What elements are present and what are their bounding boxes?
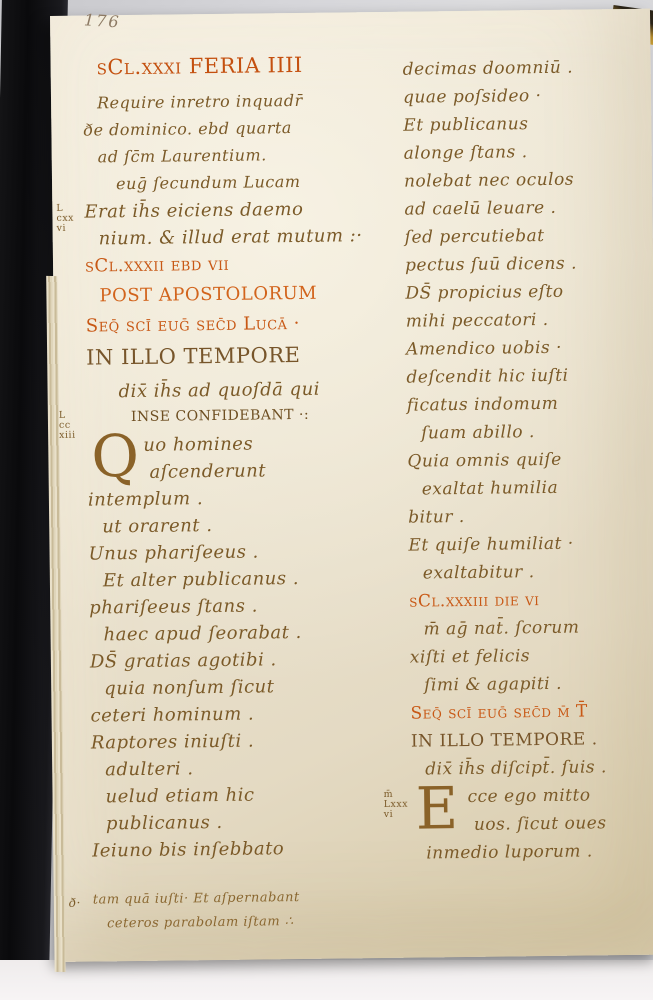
manuscript-line: decimas doomniū . bbox=[403, 59, 647, 90]
manuscript-line: quae poſsideo · bbox=[403, 87, 647, 118]
line-text: ſimi & agapiti . bbox=[424, 674, 562, 696]
manuscript-line: m̄ aḡ nat̄. ſcorum bbox=[409, 619, 653, 650]
rubric-line: Seq̄ ſcī euḡ ſec̄d m̄ T̄ bbox=[410, 703, 653, 734]
line-text: ceteri hominum . bbox=[90, 704, 254, 727]
manuscript-line: DS̄ propicius eſto bbox=[405, 283, 649, 314]
margin-note: Lccxiii bbox=[59, 411, 76, 441]
manuscript-line: quia nonſum ſicut bbox=[90, 676, 426, 707]
manuscript-line: alonge ſtans . bbox=[404, 143, 648, 174]
line-text: ad caelū leuare . bbox=[404, 198, 556, 220]
margin-note-part: ð· bbox=[69, 898, 81, 908]
line-text: ſed percutiebat bbox=[405, 226, 545, 248]
right-text-column: decimas doomniū .quae poſsideo ·Et publi… bbox=[403, 59, 653, 874]
rubric-line: ſCl.xxxii ebd vii bbox=[85, 253, 421, 287]
manuscript-line: nium. & illud erat mutum :· bbox=[85, 226, 421, 257]
manuscript-line: inmedio luporum . bbox=[412, 843, 653, 874]
manuscript-line: aſcenderunt bbox=[87, 460, 423, 491]
line-text: Amendico uobis · bbox=[406, 338, 562, 360]
margin-note: Lcxxvi bbox=[56, 204, 74, 234]
line-text: ſCl.xxxii ebd vii bbox=[85, 254, 229, 277]
line-text: dix̄ ih̄s ad quoſdā qui bbox=[118, 379, 320, 402]
left-text-column: ſCl.xxxi FERIA IIIIRequire inretro inqua… bbox=[83, 54, 430, 942]
line-text: Erat ih̄s eiciens daemo bbox=[84, 199, 303, 223]
manuscript-line: Raptores iniuſti . bbox=[91, 730, 427, 761]
manuscript-line: Quia omnis quiſe bbox=[407, 451, 651, 482]
line-text: uelud etiam hic bbox=[105, 785, 254, 808]
folio-number: 176 bbox=[84, 10, 122, 31]
line-text: inmedio luporum . bbox=[426, 841, 593, 863]
line-text: bitur . bbox=[408, 507, 465, 528]
line-text: Et alter publicanus . bbox=[103, 568, 299, 591]
manuscript-line: adulteri . bbox=[91, 757, 427, 788]
line-text: Et publicanus bbox=[403, 114, 528, 136]
manuscript-line: exaltabitur . bbox=[409, 563, 653, 594]
margin-note: m̄Lxxxvi bbox=[383, 790, 408, 820]
line-text: Et quiſe humiliat · bbox=[408, 534, 574, 556]
manuscript-line: uos. ſicut oues bbox=[412, 815, 653, 846]
line-text: intemplum . bbox=[88, 488, 203, 510]
line-text: mihi peccatori . bbox=[406, 310, 549, 332]
line-text: publicanus . bbox=[106, 812, 223, 834]
line-text: quia nonſum ſicut bbox=[104, 676, 274, 699]
line-text: haec apud ſeorabat . bbox=[103, 622, 302, 645]
line-text: Require inretro inquadr̄ bbox=[97, 91, 303, 113]
line-text: adulteri . bbox=[105, 758, 194, 780]
rubric-line: POST APOSTOLORUM bbox=[85, 283, 421, 317]
manuscript-page: 176 ſCl.xxxi FERIA IIIIRequire inretro i… bbox=[50, 9, 653, 962]
line-text: ðe dominico. ebd quarta bbox=[83, 118, 292, 140]
line-text: deſcendit hic iuſti bbox=[406, 366, 568, 388]
line-text: nolebat nec oculos bbox=[404, 170, 574, 192]
rubric-line: ſCl.xxxiii die vi bbox=[409, 591, 653, 622]
line-text: aſcenderunt bbox=[149, 460, 266, 482]
line-text: ſuam abillo . bbox=[421, 422, 535, 443]
line-text: alonge ſtans . bbox=[404, 142, 528, 164]
line-text: DS̄ propicius eſto bbox=[405, 282, 563, 304]
manuscript-line: Et quiſe humiliat · bbox=[408, 535, 652, 566]
line-text: Quia omnis quiſe bbox=[407, 450, 562, 472]
manuscript-line: nolebat nec oculos bbox=[404, 171, 648, 202]
line-text: ad ſc̄m Laurentium. bbox=[98, 145, 267, 166]
manuscript-line: bitur . bbox=[408, 507, 652, 538]
line-text: uo homines bbox=[143, 434, 253, 456]
line-text: Seq̄ ſcī euḡ ſec̄d Lucā · bbox=[86, 313, 300, 337]
manuscript-line: mihi peccatori . bbox=[406, 311, 650, 342]
line-text: quae poſsideo · bbox=[403, 86, 542, 108]
line-text: ſCl.xxxi FERIA IIII bbox=[96, 53, 302, 80]
line-text: Ieiuno bis inſebbato bbox=[92, 838, 284, 861]
manuscript-line: ceteros parabolam iſtam ∴ bbox=[93, 913, 429, 941]
line-text: IN ILLO TEMPORE bbox=[86, 343, 301, 370]
manuscript-line: ſuam abillo . bbox=[407, 423, 651, 454]
manuscript-line: ceteri hominum . bbox=[90, 703, 426, 734]
line-text: IN ILLO TEMPORE . bbox=[411, 729, 598, 751]
line-text: INSE CONFIDEBANT ·: bbox=[131, 407, 309, 425]
line-text: DS̄ gratias agotibi . bbox=[90, 649, 277, 672]
rubric-line: Seq̄ ſcī euḡ ſec̄d Lucā · bbox=[86, 313, 422, 347]
manuscript-line: deſcendit hic iuſti bbox=[406, 367, 650, 398]
line-text: m̄ aḡ nat̄. ſcorum bbox=[423, 618, 579, 640]
manuscript-line: exaltat humilia bbox=[408, 479, 652, 510]
manuscript-line: ficatus indomum bbox=[407, 395, 651, 426]
line-text: ceteros parabolam iſtam ∴ bbox=[107, 914, 294, 931]
line-text: exaltabitur . bbox=[423, 562, 535, 583]
line-text: Raptores iniuſti . bbox=[91, 731, 255, 754]
manuscript-line: Ieiuno bis inſebbato bbox=[92, 838, 428, 869]
rubric-line: ſCl.xxxi FERIA IIII bbox=[83, 54, 419, 96]
table-surface bbox=[0, 960, 653, 1000]
manuscript-line: m̄LxxxviEcce ego mitto bbox=[411, 787, 653, 818]
line-text: cce ego mitto bbox=[467, 785, 590, 807]
margin-note-part: vi bbox=[57, 224, 75, 234]
line-text: Unus phariſeeus . bbox=[88, 541, 259, 564]
line-text: decimas doomniū . bbox=[403, 58, 574, 80]
margin-note-part: xiii bbox=[59, 431, 76, 441]
manuscript-line: Et publicanus bbox=[403, 115, 647, 146]
manuscript-line: pectus ſuū dicens . bbox=[405, 255, 649, 286]
margin-note: ð· bbox=[69, 898, 81, 908]
photo-background: { "photo": { "background_color": "#d6d6d… bbox=[0, 0, 653, 1000]
line-text: ſCl.xxxiii die vi bbox=[409, 590, 540, 612]
line-text: nium. & illud erat mutum :· bbox=[99, 225, 363, 249]
manuscript-line: IN ILLO TEMPORE . bbox=[411, 731, 653, 762]
line-text: euḡ ſecundum Lucam bbox=[116, 172, 301, 193]
manuscript-line: ſed percutiebat bbox=[405, 227, 649, 258]
line-text: xiſti et felicis bbox=[410, 646, 530, 667]
line-text: phariſeeus ſtans . bbox=[89, 596, 258, 619]
line-text: ut orarent . bbox=[102, 515, 212, 537]
line-text: POST APOSTOLORUM bbox=[99, 283, 317, 307]
line-text: pectus ſuū dicens . bbox=[405, 254, 577, 276]
margin-note-part: vi bbox=[384, 810, 409, 820]
line-text: tam quā iuſti· Et aſpernabant bbox=[93, 890, 300, 908]
manuscript-line: dix̄ ih̄s ad quoſdā qui bbox=[86, 379, 422, 410]
manuscript-line: ſimi & agapiti . bbox=[410, 675, 653, 706]
line-text: uos. ſicut oues bbox=[474, 813, 607, 835]
line-text: exaltat humilia bbox=[422, 478, 559, 500]
manuscript-line: xiſti et felicis bbox=[410, 647, 653, 678]
manuscript-line: uelud etiam hic bbox=[91, 784, 427, 815]
manuscript-line: intemplum . bbox=[88, 487, 424, 518]
line-text: ficatus indomum bbox=[407, 394, 559, 416]
line-text: Seq̄ ſcī euḡ ſec̄d m̄ T̄ bbox=[410, 701, 588, 723]
manuscript-line: Amendico uobis · bbox=[406, 339, 650, 370]
manuscript-line: IN ILLO TEMPORE bbox=[86, 343, 422, 383]
manuscript-line: ad caelū leuare . bbox=[404, 199, 648, 230]
